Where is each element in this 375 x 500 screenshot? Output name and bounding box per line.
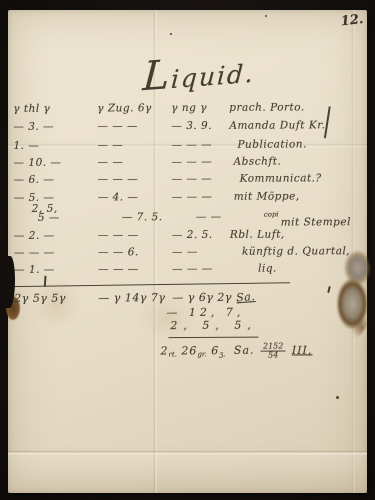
table-row: — 2. — — — — — 2. 5. Rbl. Luft, — [14, 228, 359, 245]
column-header-row: γ thl γ γ Zug. 6γ γ ng γ prach. Porto. — [13, 101, 358, 118]
sum-divider-line — [12, 282, 290, 287]
amount-cell: — — — — [98, 263, 172, 278]
entry-text: Abschft. — [229, 155, 358, 171]
table-row: 5 — — 7. 5. — — copimit Stempel — [14, 210, 359, 227]
summa-label: Sa. — [234, 344, 255, 357]
sum-cell: — γ 14γ 7γ — [98, 291, 172, 306]
entry-text: Rbl. Luft, — [230, 228, 359, 244]
manuscript-page: 12. Liquid. γ thl γ γ Zug. 6γ γ ng γ pra… — [8, 10, 367, 493]
table-row: — 10. — — — — — — Abschft. — [14, 155, 359, 172]
amount-cell: — 7. 5. — [122, 211, 196, 226]
amount-cell: — — — [97, 139, 171, 154]
table-row: — 1. — — — — — — — liq. — [14, 262, 359, 279]
header-col-pfennig: γ ng γ — [171, 102, 229, 117]
amount-cell: — — — — [171, 139, 229, 154]
copy-annotation: copi — [264, 211, 279, 219]
groschen-unit: gr. — [197, 350, 206, 358]
amount-cell: — 6. — — [14, 173, 98, 188]
total-thaler: 2 — [160, 344, 168, 357]
summa-label: Sa. — [236, 290, 256, 304]
header-col-thaler: γ thl γ — [13, 102, 97, 117]
fraction-denominator: 54 — [261, 352, 285, 361]
entry-text: Kommunicat.? — [230, 172, 359, 188]
total-groschen: 26 — [181, 344, 197, 357]
amount-cell: — — — — [98, 229, 172, 244]
amount-cell: — — — — [97, 120, 171, 135]
sum-carry-row: 2, 5, 5, — [170, 318, 359, 334]
entry-text: Amanda Duft Kr. — [229, 119, 358, 135]
photo-of-manuscript: { "page_number": "12.", "title": "Liquid… — [0, 0, 375, 500]
thaler-unit: rt. — [169, 350, 177, 358]
reference-fraction: 215254 — [261, 342, 285, 360]
sum-cell: 2γ 5γ 5γ — [14, 291, 98, 306]
amount-cell: — — — — [172, 156, 230, 171]
amount-cell: — — 6. — [98, 246, 172, 261]
total-pfennig: 6 — [211, 344, 219, 357]
entry-text: künftig d. Quartal, — [230, 245, 359, 261]
amount-cell: — — — [172, 246, 230, 261]
header-col-label: prach. Porto. — [229, 101, 358, 117]
page-number: 12. — [340, 12, 364, 29]
amount-cell: — 3. 9. — [171, 120, 229, 135]
amount-cell: — — — — [14, 246, 98, 261]
amount-cell: — — — [98, 156, 172, 171]
entry-text: Publication. — [229, 138, 358, 154]
amount-cell: — — — — [98, 173, 172, 188]
amount-cell: 5 — — [14, 211, 122, 227]
entry-text-word: mit Stempel — [281, 216, 351, 228]
amount-cell: — 2. — — [14, 229, 98, 244]
amount-cell: — — — — [172, 263, 230, 278]
entry-text: copimit Stempel — [254, 210, 359, 226]
roman-numeral: III, — [292, 344, 313, 357]
total-row: 2rt. 26gr. 6ʒ. Sa. 215254 III, — [160, 342, 312, 361]
carry-values: 2, 5, 5, — [170, 319, 257, 334]
total-divider-line — [168, 337, 258, 338]
table-row: — — — — — 6. — — künftig d. Quartal, — [14, 245, 359, 262]
amount-cell: 1. — — [13, 139, 97, 154]
document-title: Liquid. — [118, 44, 281, 102]
amount-cell: — 10. — — [14, 156, 98, 171]
manuscript-content: 12. Liquid. γ thl γ γ Zug. 6γ γ ng γ pra… — [7, 9, 369, 494]
table-row: 1. — — — — — — Publication. — [13, 138, 358, 155]
amount-cell: — 3. — — [13, 120, 97, 135]
sum-cell: — γ 6γ 2γ — [172, 291, 230, 306]
pfennig-unit: ʒ. — [219, 350, 225, 358]
wax-seal-stain — [336, 248, 372, 338]
table-row: — 3. — — — — — 3. 9. Amanda Duft Kr. — [13, 119, 358, 136]
amount-cell: — — — — [172, 173, 230, 188]
table-row: — 6. — — — — — — — Kommunicat.? — [14, 172, 359, 189]
amount-cell: — 1. — — [14, 263, 98, 278]
amount-cell: — 2. 5. — [172, 229, 230, 244]
amount-cell: — — — [196, 211, 254, 226]
header-col-groschen: γ Zug. 6γ — [97, 102, 171, 117]
